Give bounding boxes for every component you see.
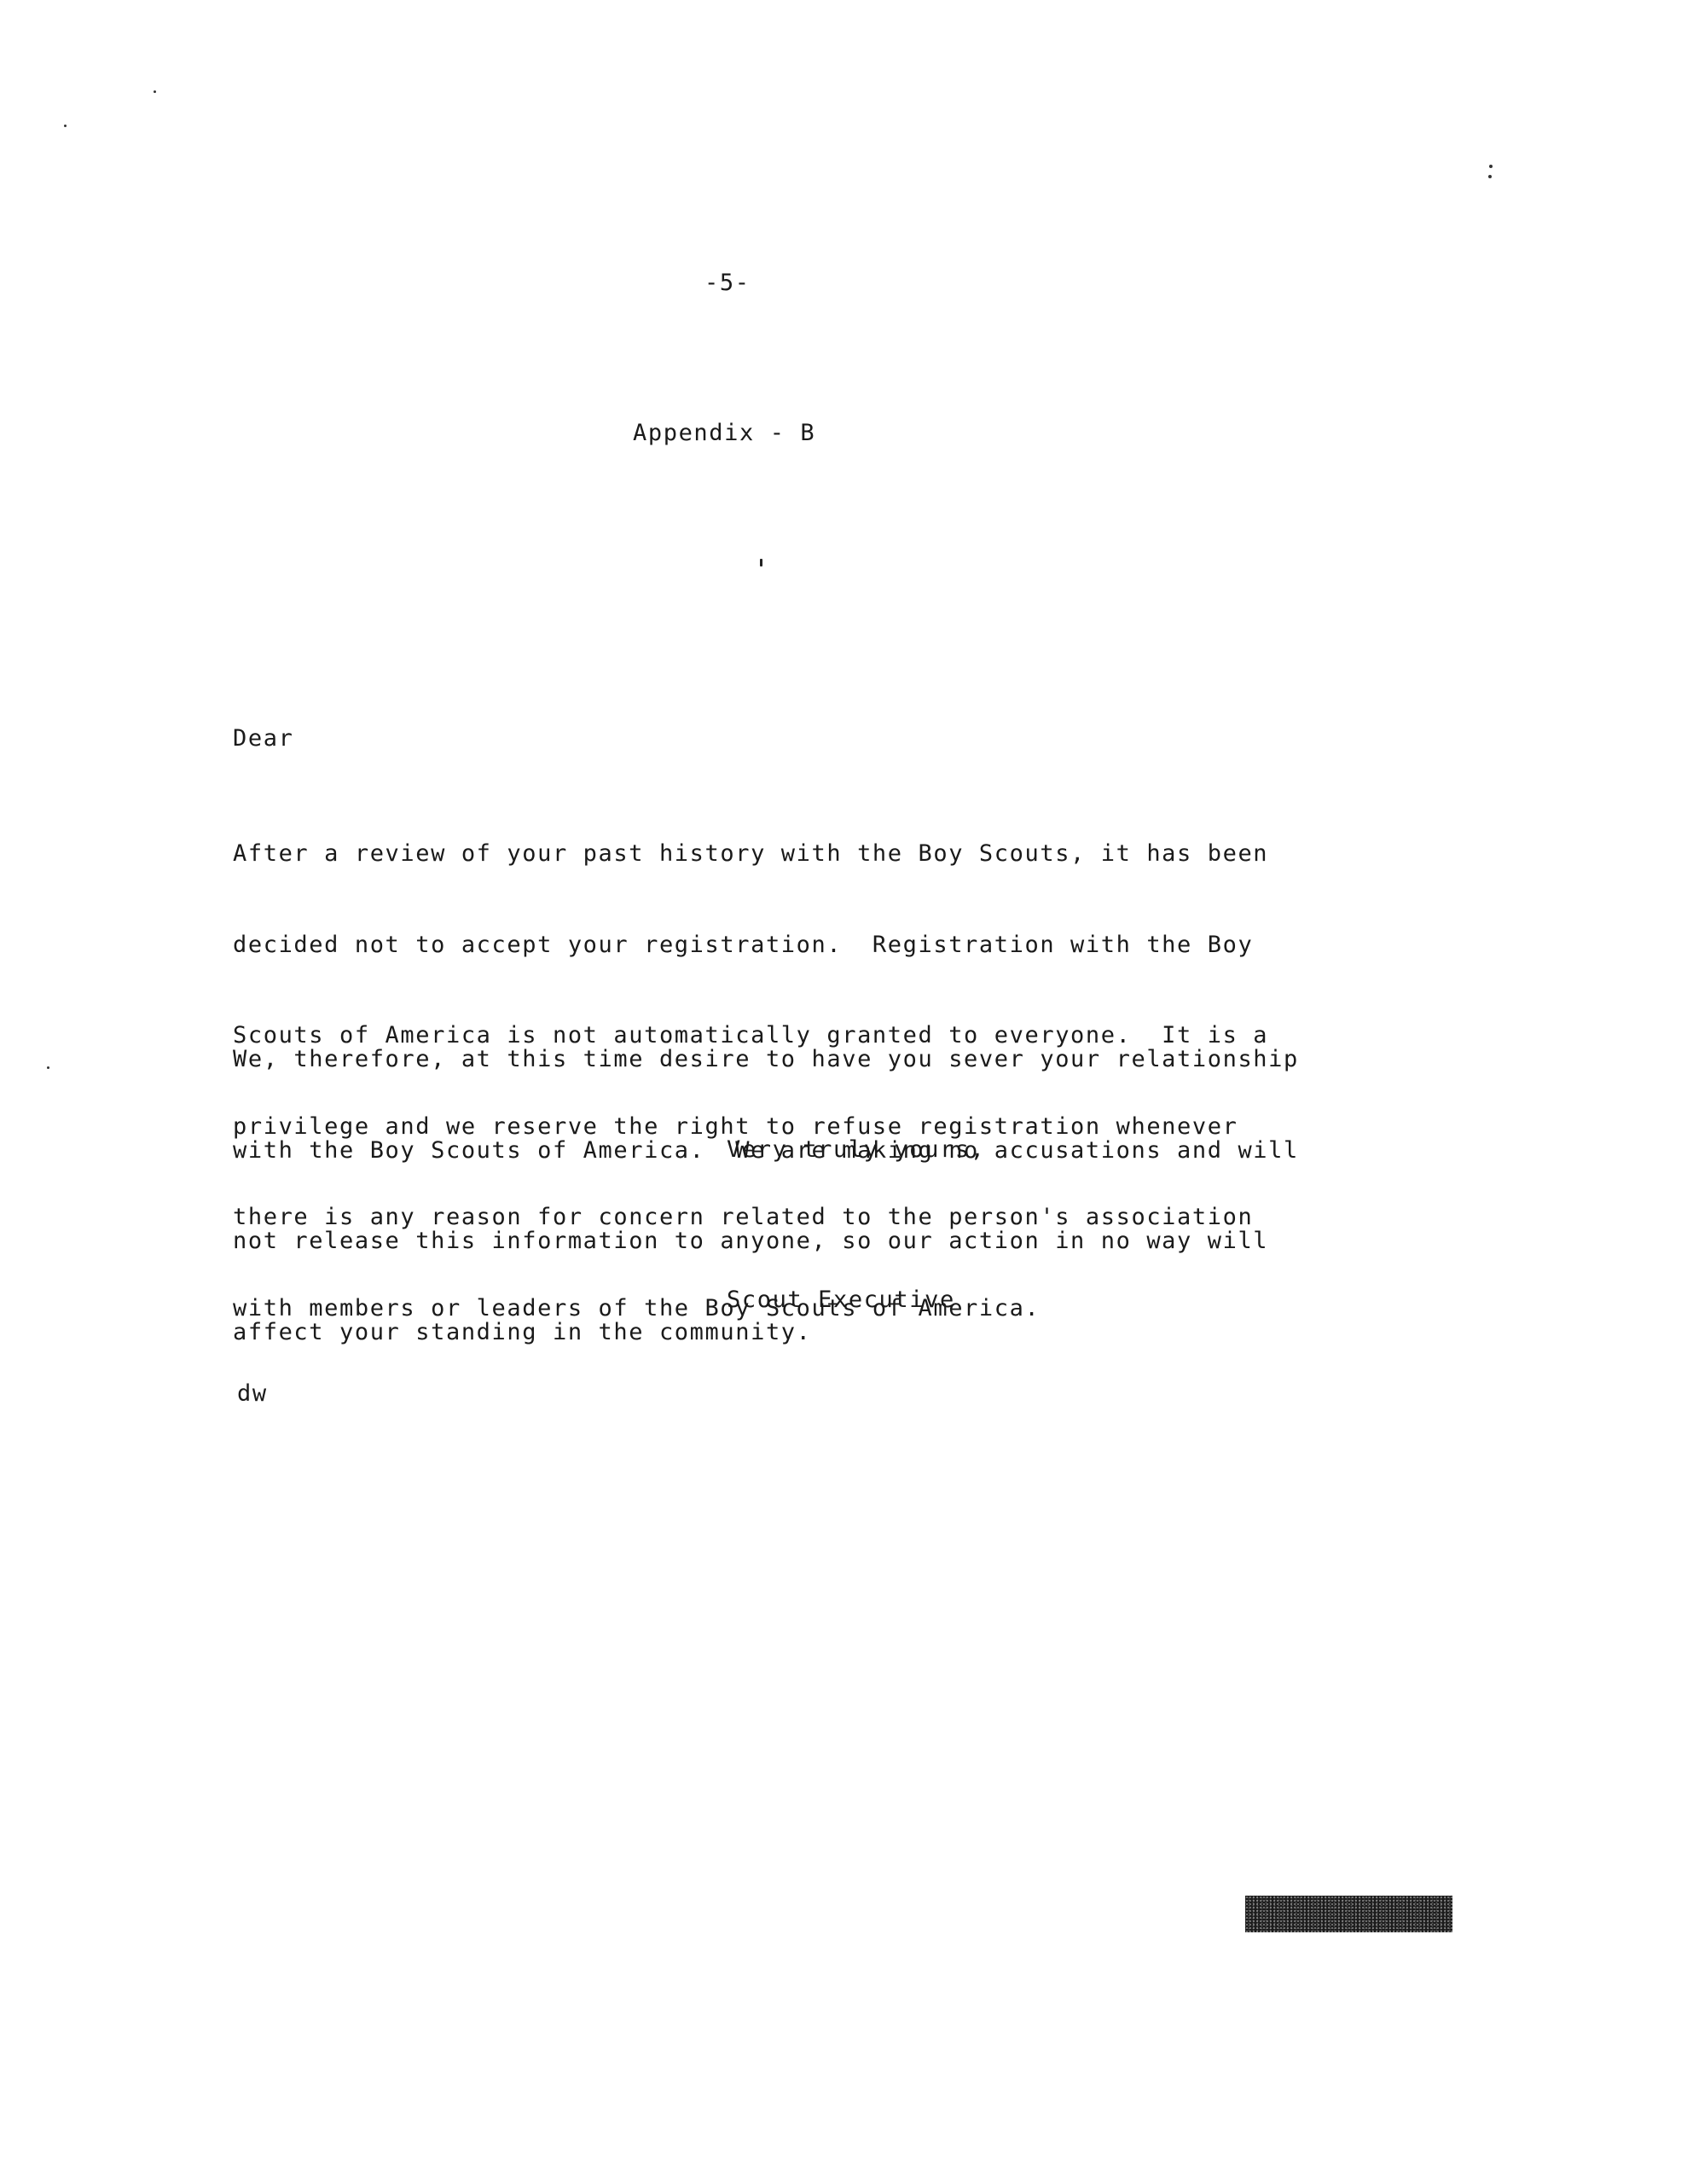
document-page: -5- Appendix - B Dear After a review of …	[0, 0, 1687, 2184]
scan-speck	[1488, 175, 1492, 178]
signature-title: Scout Executive	[727, 1288, 955, 1311]
page-number: -5-	[704, 271, 751, 294]
scan-speck	[1489, 165, 1493, 168]
paragraph-2: We, therefore, at this time desire to ha…	[233, 984, 1299, 1408]
paragraph-line: We, therefore, at this time desire to ha…	[233, 1044, 1299, 1075]
paragraph-line: decided not to accept your registration.…	[233, 930, 1268, 961]
appendix-title: Appendix - B	[633, 421, 815, 444]
redaction-box	[1245, 1896, 1452, 1932]
scan-speck	[64, 125, 67, 127]
scan-speck	[47, 1066, 49, 1069]
paragraph-line: affect your standing in the community.	[233, 1317, 1299, 1348]
paragraph-line: After a review of your past history with…	[233, 839, 1268, 869]
stray-mark	[760, 559, 762, 566]
scan-speck	[154, 90, 156, 93]
salutation: Dear	[233, 727, 293, 750]
closing: Very truly yours,	[727, 1138, 986, 1161]
paragraph-line: not release this information to anyone, …	[233, 1226, 1299, 1257]
typist-initials: dw	[237, 1382, 268, 1405]
